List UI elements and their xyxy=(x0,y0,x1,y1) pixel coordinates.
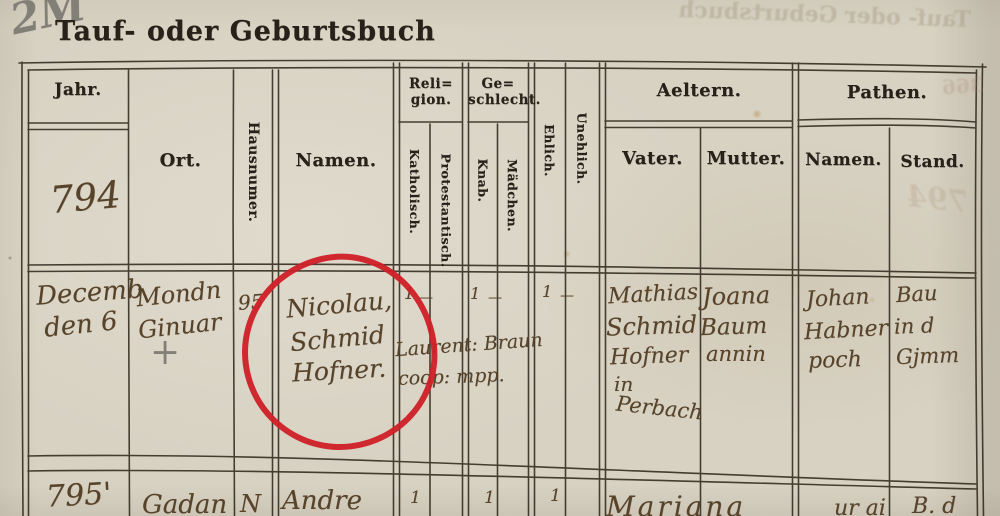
row1-pathen-name-line3: poch xyxy=(808,347,863,374)
header-geschlecht-group: Ge= schlecht. xyxy=(468,76,528,108)
row2-name: Andre xyxy=(282,486,362,516)
row1-mutter-line1: Joana xyxy=(702,281,771,311)
header-protestantisch: Protestantisch. xyxy=(430,126,462,294)
row1-pathen-name-line1: Johan xyxy=(805,284,870,312)
row1-pathen-name-line2: Habner xyxy=(803,316,888,345)
header-knab: Knab. xyxy=(468,126,497,234)
row1-stand-line1: Bau xyxy=(895,281,938,307)
header-namen: Namen. xyxy=(278,150,394,171)
row1-vater-line3: Hofner xyxy=(610,343,689,371)
row1-mark-maedchen: — xyxy=(488,290,502,306)
header-religion-line2: gion. xyxy=(400,92,462,108)
row2-ort: Gadan xyxy=(142,490,227,516)
row1-mutter-line3: annin xyxy=(706,342,766,366)
header-geschlecht-line2: schlecht. xyxy=(468,92,528,108)
row2-mark-knab: 1 xyxy=(484,488,495,508)
row1-stand-line3: Gjmm xyxy=(896,343,960,369)
header-hausnummer: Hausnumer. xyxy=(233,92,273,252)
header-maedchen: Mädchen. xyxy=(497,126,528,264)
row1-pencil-cross: + xyxy=(150,332,180,373)
header-jahr: Jahr. xyxy=(28,80,128,100)
header-mutter: Mutter. xyxy=(700,148,792,169)
row2-hausnummer: N xyxy=(240,490,261,516)
row2-mark-ehelich: 1 xyxy=(550,486,561,506)
row1-mark-ehelich: 1 xyxy=(542,282,552,301)
year-value: 794 xyxy=(48,173,122,222)
header-religion-line1: Reli= xyxy=(400,76,462,92)
header-ort: Ort. xyxy=(128,150,233,171)
header-vater: Vater. xyxy=(605,148,700,169)
row1-vater-line1: Mathias xyxy=(607,280,698,310)
register-page: Tauf- oder Geburtsbuch 366 794 2M Tauf- … xyxy=(0,0,1000,516)
header-pathen-namen: Namen. xyxy=(798,150,889,170)
header-unehelich: Unehlich. xyxy=(565,90,599,206)
row1-vater-line2: Schmid xyxy=(606,310,698,341)
row2-stand: B. d xyxy=(912,494,956,516)
header-aeltern-group: Aeltern. xyxy=(605,80,793,101)
row1-mark-unehelich: — xyxy=(560,288,574,304)
row1-mutter-line2: Baum xyxy=(700,313,768,341)
header-religion-group: Reli= gion. xyxy=(400,76,462,108)
row2-vater: Mariana xyxy=(606,490,746,516)
row2-mark-katholisch: 1 xyxy=(410,488,421,508)
row1-stand-line2: in d xyxy=(894,313,935,338)
header-stand: Stand. xyxy=(889,152,976,172)
row2-pathen-name: ur ai xyxy=(834,496,886,516)
row2-jahr: 795' xyxy=(45,476,112,514)
row1-mark-knab: 1 xyxy=(470,284,480,303)
header-katholisch: Katholisch. xyxy=(399,126,430,256)
header-pathen-group: Pathen. xyxy=(798,82,976,103)
header-ehelich: Ehlich. xyxy=(534,95,565,205)
bleedthrough-year: 794 xyxy=(904,179,970,220)
header-geschlecht-line1: Ge= xyxy=(468,76,528,92)
page-title: Tauf- oder Geburtsbuch xyxy=(55,16,436,47)
